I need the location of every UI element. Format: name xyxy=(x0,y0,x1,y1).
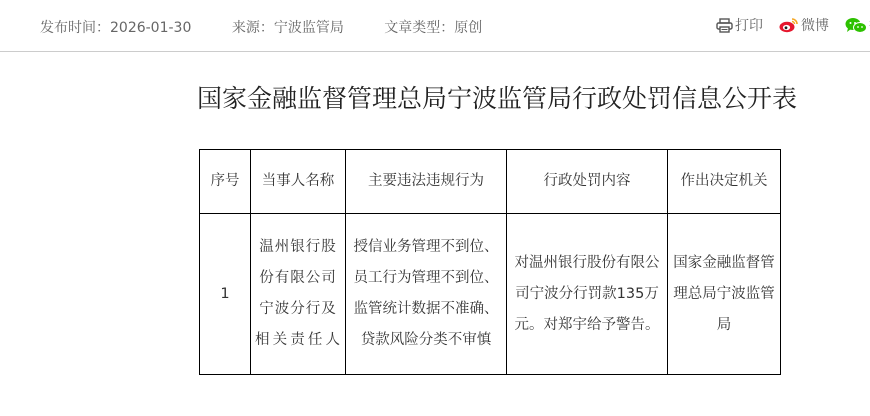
cell-authority: 国家金融监督管理总局宁波监管局 xyxy=(668,214,781,375)
weibo-icon xyxy=(779,17,799,33)
header-violation: 主要违法违规行为 xyxy=(346,150,507,214)
wechat-icon xyxy=(845,17,867,34)
printer-icon xyxy=(716,18,733,33)
cell-party: 温州银行股份有限公司宁波分行及相关责任人 xyxy=(251,214,346,375)
article-type: 文章类型：原创 xyxy=(384,20,482,36)
cell-violation: 授信业务管理不到位、员工行为管理不到位、监管统计数据不准确、贷款风险分类不审慎 xyxy=(346,214,507,375)
table-row: 1 温州银行股份有限公司宁波分行及相关责任人 授信业务管理不到位、员工行为管理不… xyxy=(200,214,781,375)
wechat-share-button[interactable]: 微 xyxy=(845,15,870,35)
header-authority: 作出决定机关 xyxy=(668,150,781,214)
article-meta-bar: 发布时间：2026-01-30 来源：宁波监管局 文章类型：原创 打印 微博 xyxy=(0,0,870,52)
print-button[interactable]: 打印 xyxy=(716,15,763,35)
cell-penalty: 对温州银行股份有限公司宁波分行罚款135万元。对郑宇给予警告。 xyxy=(507,214,668,375)
penalty-table: 序号 当事人名称 主要违法违规行为 行政处罚内容 作出决定机关 1 温州银行股份… xyxy=(199,149,781,375)
share-tools: 打印 微博 微 xyxy=(716,15,870,35)
publish-time: 发布时间：2026-01-30 xyxy=(40,20,191,36)
article-meta: 发布时间：2026-01-30 来源：宁波监管局 文章类型：原创 xyxy=(40,17,518,37)
source: 来源：宁波监管局 xyxy=(232,20,344,36)
table-header-row: 序号 当事人名称 主要违法违规行为 行政处罚内容 作出决定机关 xyxy=(200,150,781,214)
header-party: 当事人名称 xyxy=(251,150,346,214)
page-title: 国家金融监督管理总局宁波监管局行政处罚信息公开表 xyxy=(0,79,870,115)
weibo-share-button[interactable]: 微博 xyxy=(779,15,829,35)
header-index: 序号 xyxy=(200,150,251,214)
cell-index: 1 xyxy=(200,214,251,375)
header-penalty: 行政处罚内容 xyxy=(507,150,668,214)
